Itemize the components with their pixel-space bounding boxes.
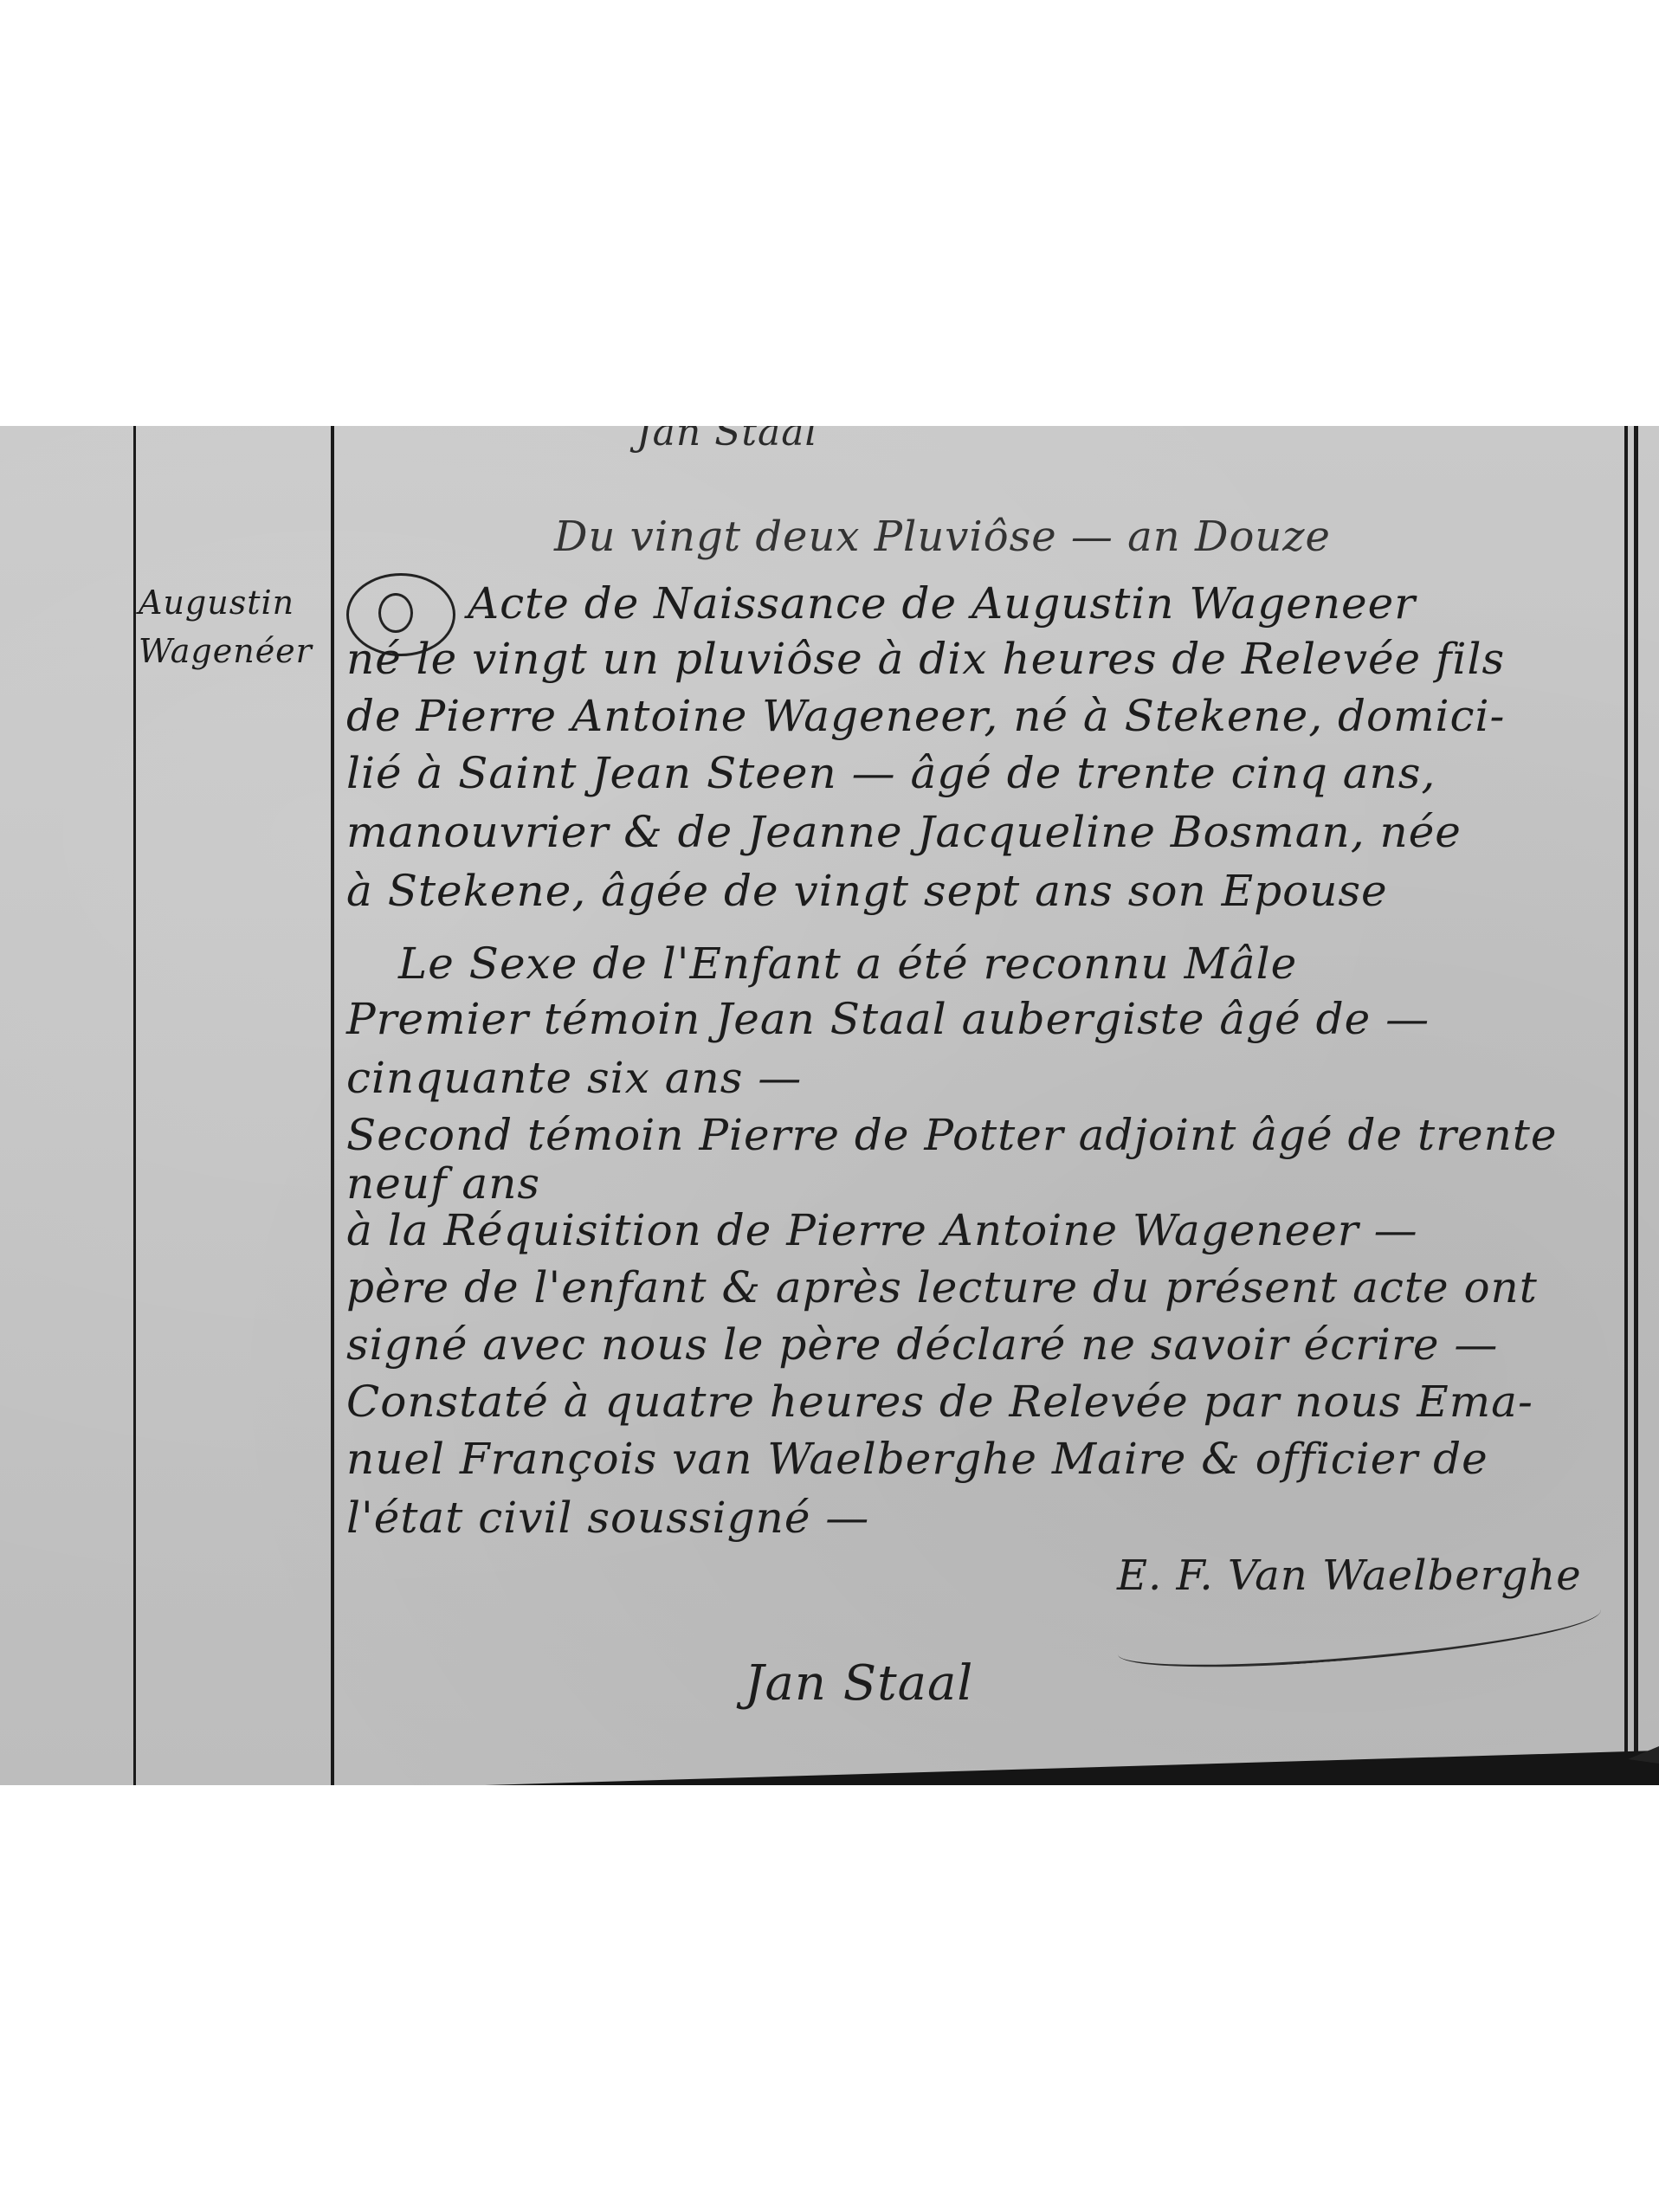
entry-date-line: Du vingt deux Pluviôse — an Douze xyxy=(554,513,1331,561)
body-line: l'état civil soussigné — xyxy=(346,1493,869,1543)
body-line: à la Réquisition de Pierre Antoine Wagen… xyxy=(346,1205,1418,1255)
body-line: neuf ans xyxy=(346,1158,540,1209)
body-line: nuel François van Waelberghe Maire & off… xyxy=(346,1434,1488,1484)
register-page-photo: Jan Staal Du vingt deux Pluviôse — an Do… xyxy=(0,426,1659,1785)
mayor-signature: E. F. Van Waelberghe xyxy=(1117,1551,1582,1600)
page-rule-right-outer xyxy=(1634,426,1638,1785)
body-line: Constaté à quatre heures de Relevée par … xyxy=(346,1377,1533,1427)
margin-surname: Wagenéer xyxy=(139,632,313,670)
margin-rule-name-column xyxy=(331,426,334,1785)
margin-given-name: Augustin xyxy=(139,584,294,622)
body-line: de Pierre Antoine Wageneer, né à Stekene… xyxy=(346,691,1505,741)
body-line: Premier témoin Jean Staal aubergiste âgé… xyxy=(346,994,1430,1044)
previous-entry-signature: Jan Staal xyxy=(636,426,818,455)
signature-flourish-icon xyxy=(1115,1589,1603,1677)
body-line: signé avec nous le père déclaré ne savoi… xyxy=(346,1319,1498,1370)
body-line: Acte de Naissance de Augustin Wageneer xyxy=(468,578,1416,629)
body-line: lié à Saint Jean Steen — âgé de trente c… xyxy=(346,748,1436,798)
margin-rule-left xyxy=(133,426,136,1785)
page-rule-right-inner xyxy=(1624,426,1628,1785)
body-line: Second témoin Pierre de Potter adjoint â… xyxy=(346,1110,1557,1160)
body-line: né le vingt un pluviôse à dix heures de … xyxy=(346,634,1505,684)
body-line: Le Sexe de l'Enfant a été reconnu Mâle xyxy=(398,938,1297,989)
body-line: cinquante six ans — xyxy=(346,1053,802,1103)
body-line: père de l'enfant & après lecture du prés… xyxy=(346,1262,1538,1312)
body-line: à Stekene, âgée de vingt sept ans son Ep… xyxy=(346,866,1388,916)
body-line: manouvrier & de Jeanne Jacqueline Bosman… xyxy=(346,807,1462,857)
witness-signature: Jan Staal xyxy=(745,1655,973,1712)
